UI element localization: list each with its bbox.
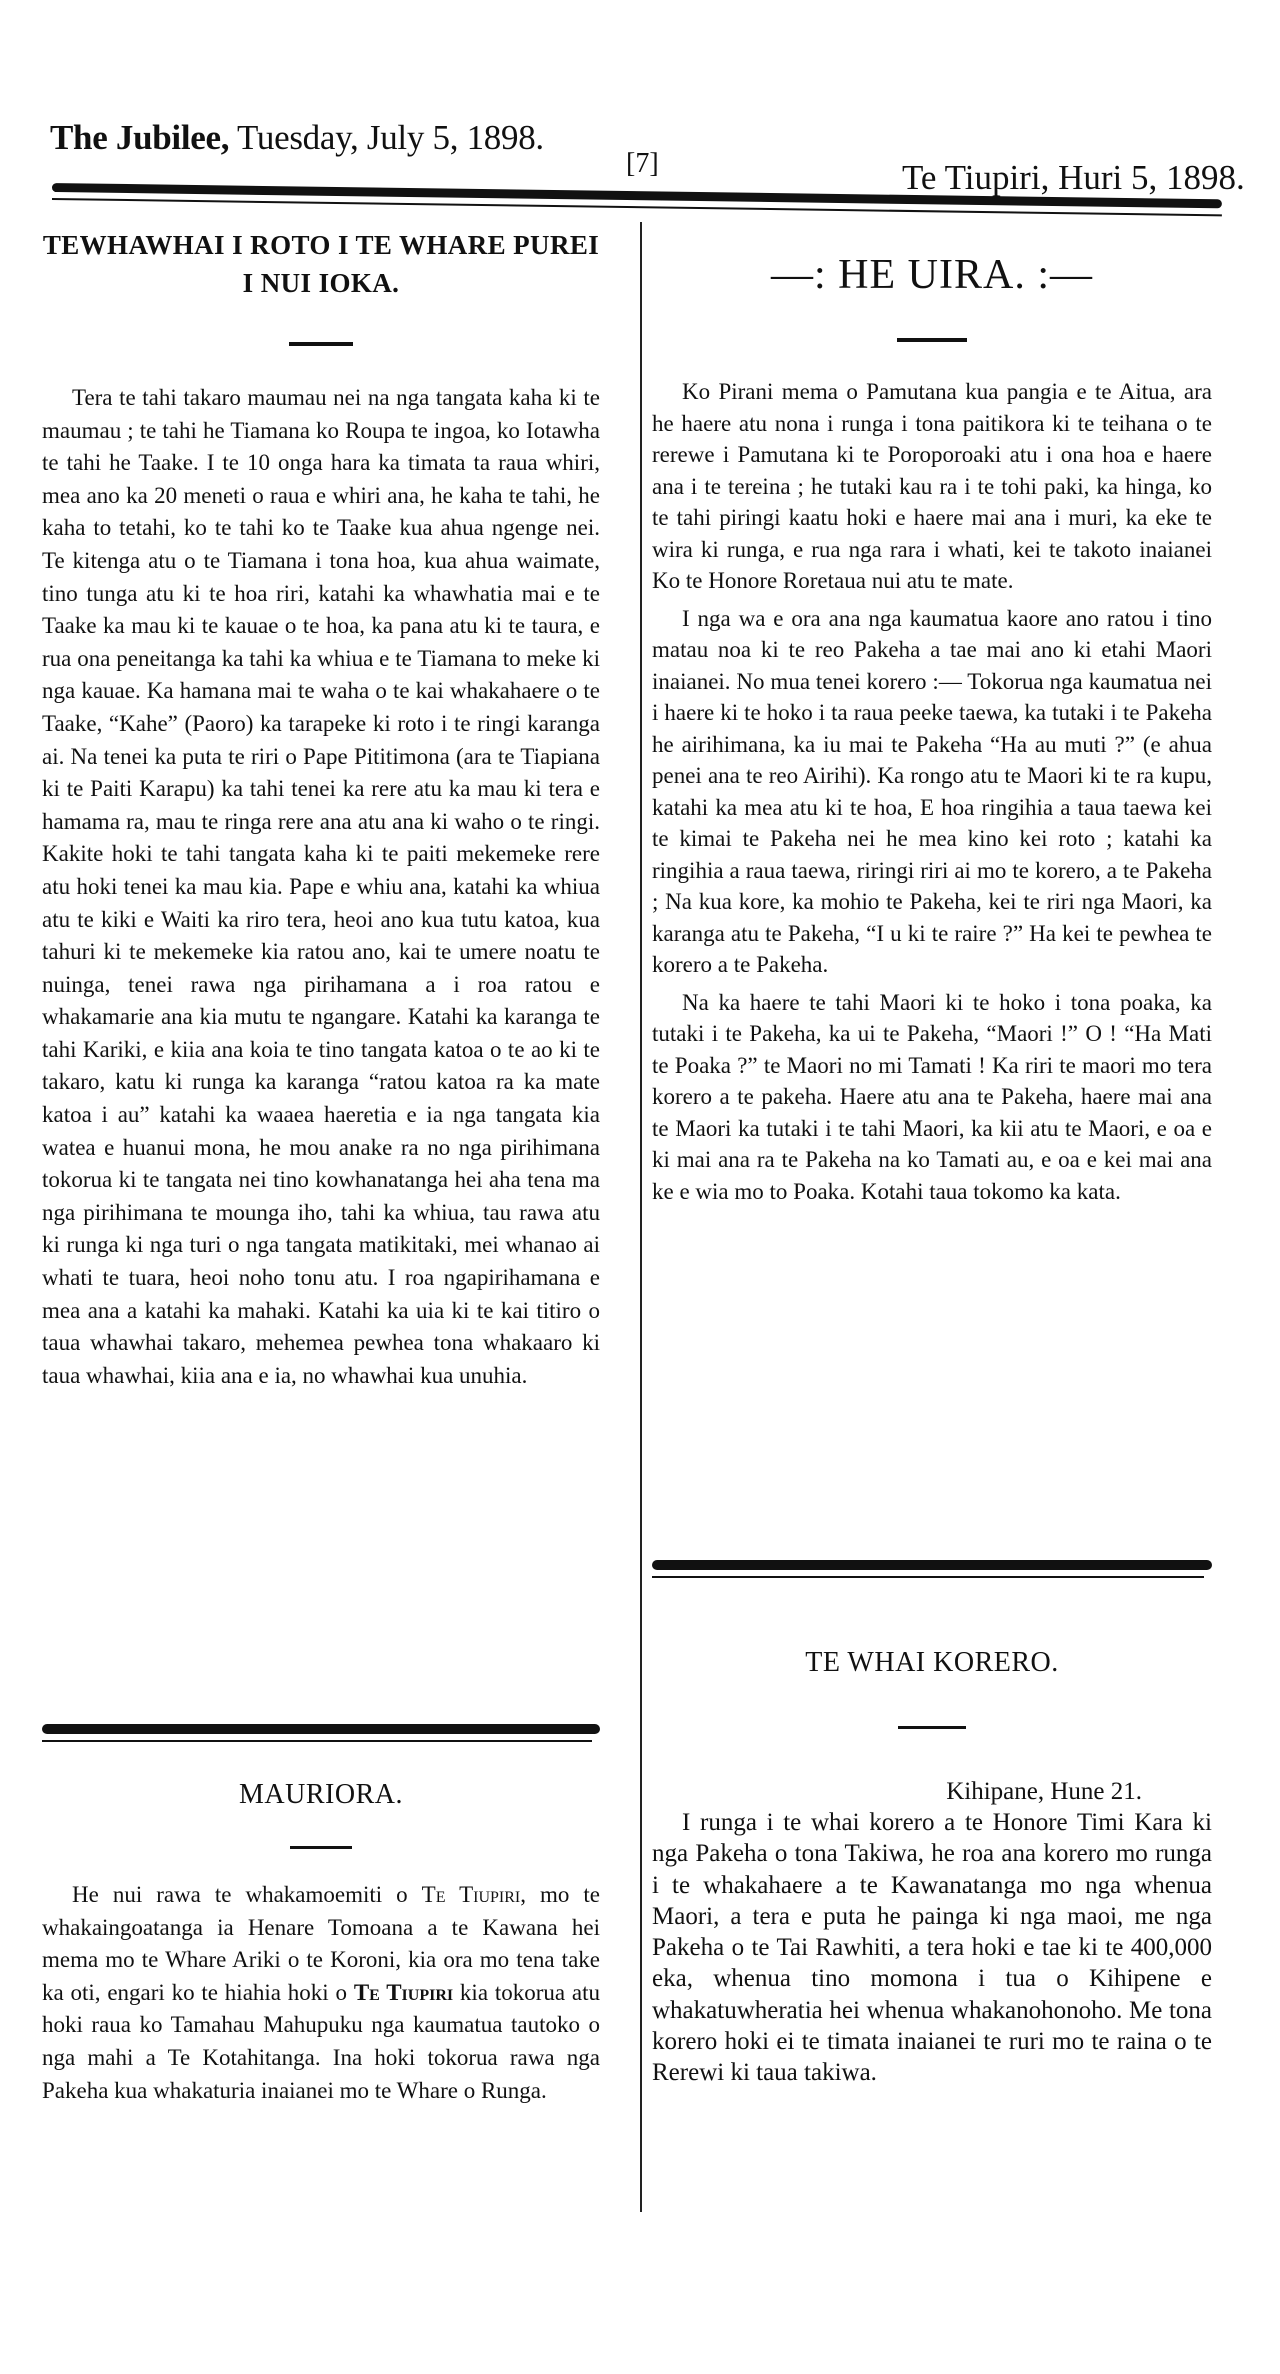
headline-rule bbox=[289, 342, 353, 346]
headline-rule bbox=[290, 1846, 352, 1849]
masthead-english-title: The Jubilee, Tuesday, July 5, 1898. bbox=[50, 118, 544, 158]
masthead: The Jubilee, Tuesday, July 5, 1898. [7] … bbox=[0, 0, 1280, 230]
paragraph: He nui rawa te whakamoemiti o Te Tiupiri… bbox=[42, 1879, 600, 2107]
article-headline: TEWHAWHAI I ROTO I TE WHARE PUREI I NUI … bbox=[42, 226, 600, 302]
paper-name: Te Tiupiri bbox=[354, 1980, 453, 2005]
paragraph: Tera te tahi takaro maumau nei na nga ta… bbox=[42, 382, 600, 1392]
masthead-maori-title: Te Tiupiri, Huri 5, 1898. bbox=[902, 158, 1245, 198]
left-column-lower: MAURIORA. He nui rawa te whakamoemiti o … bbox=[42, 1724, 600, 2107]
page-number: [7] bbox=[626, 148, 659, 180]
article-body: Ko Pirani mema o Pamutana kua pangia e t… bbox=[652, 376, 1212, 1207]
masthead-date: Tuesday, July 5, 1898. bbox=[237, 118, 544, 157]
section-double-rule bbox=[42, 1724, 600, 1750]
headline-line-2: I NUI IOKA. bbox=[243, 268, 400, 298]
article-te-whai-korero: TE WHAI KORERO. Kihipane, Hune 21. I run… bbox=[652, 1646, 1212, 2089]
column-divider bbox=[640, 222, 642, 2212]
headline-line-1: TEWHAWHAI I ROTO I TE WHARE PUREI bbox=[43, 230, 599, 260]
article-headline: TE WHAI KORERO. bbox=[652, 1646, 1212, 1680]
right-column-lower: TE WHAI KORERO. Kihipane, Hune 21. I run… bbox=[652, 1560, 1212, 2089]
article-body: I runga i te whai korero a te Honore Tim… bbox=[652, 1807, 1212, 2089]
dateline: Kihipane, Hune 21. bbox=[652, 1777, 1212, 1807]
paragraph: Na ka haere te tahi Maori ki te hoko i t… bbox=[652, 987, 1212, 1208]
text-run: He nui rawa te whakamoemiti o bbox=[72, 1882, 422, 1907]
masthead-brand: The Jubilee, bbox=[50, 118, 229, 157]
left-column: TEWHAWHAI I ROTO I TE WHARE PUREI I NUI … bbox=[42, 226, 600, 1392]
article-mauriora: MAURIORA. He nui rawa te whakamoemiti o … bbox=[42, 1778, 600, 2107]
article-body: He nui rawa te whakamoemiti o Te Tiupiri… bbox=[42, 1879, 600, 2107]
right-column: —: HE UIRA. :— Ko Pirani mema o Pamutana… bbox=[652, 250, 1212, 1207]
headline-rule bbox=[898, 1726, 966, 1729]
paragraph: Ko Pirani mema o Pamutana kua pangia e t… bbox=[652, 376, 1212, 597]
article-body: Tera te tahi takaro maumau nei na nga ta… bbox=[42, 382, 600, 1392]
article-tewhawhai: TEWHAWHAI I ROTO I TE WHARE PUREI I NUI … bbox=[42, 226, 600, 1392]
article-headline: —: HE UIRA. :— bbox=[652, 250, 1212, 300]
section-double-rule bbox=[652, 1560, 1212, 1586]
headline-rule bbox=[897, 338, 967, 342]
article-he-uira: —: HE UIRA. :— Ko Pirani mema o Pamutana… bbox=[652, 250, 1212, 1207]
paper-name: Te Tiupiri bbox=[422, 1882, 521, 1907]
paragraph: I nga wa e ora ana nga kaumatua kaore an… bbox=[652, 603, 1212, 981]
paragraph: I runga i te whai korero a te Honore Tim… bbox=[652, 1807, 1212, 2089]
article-headline: MAURIORA. bbox=[42, 1778, 600, 1812]
